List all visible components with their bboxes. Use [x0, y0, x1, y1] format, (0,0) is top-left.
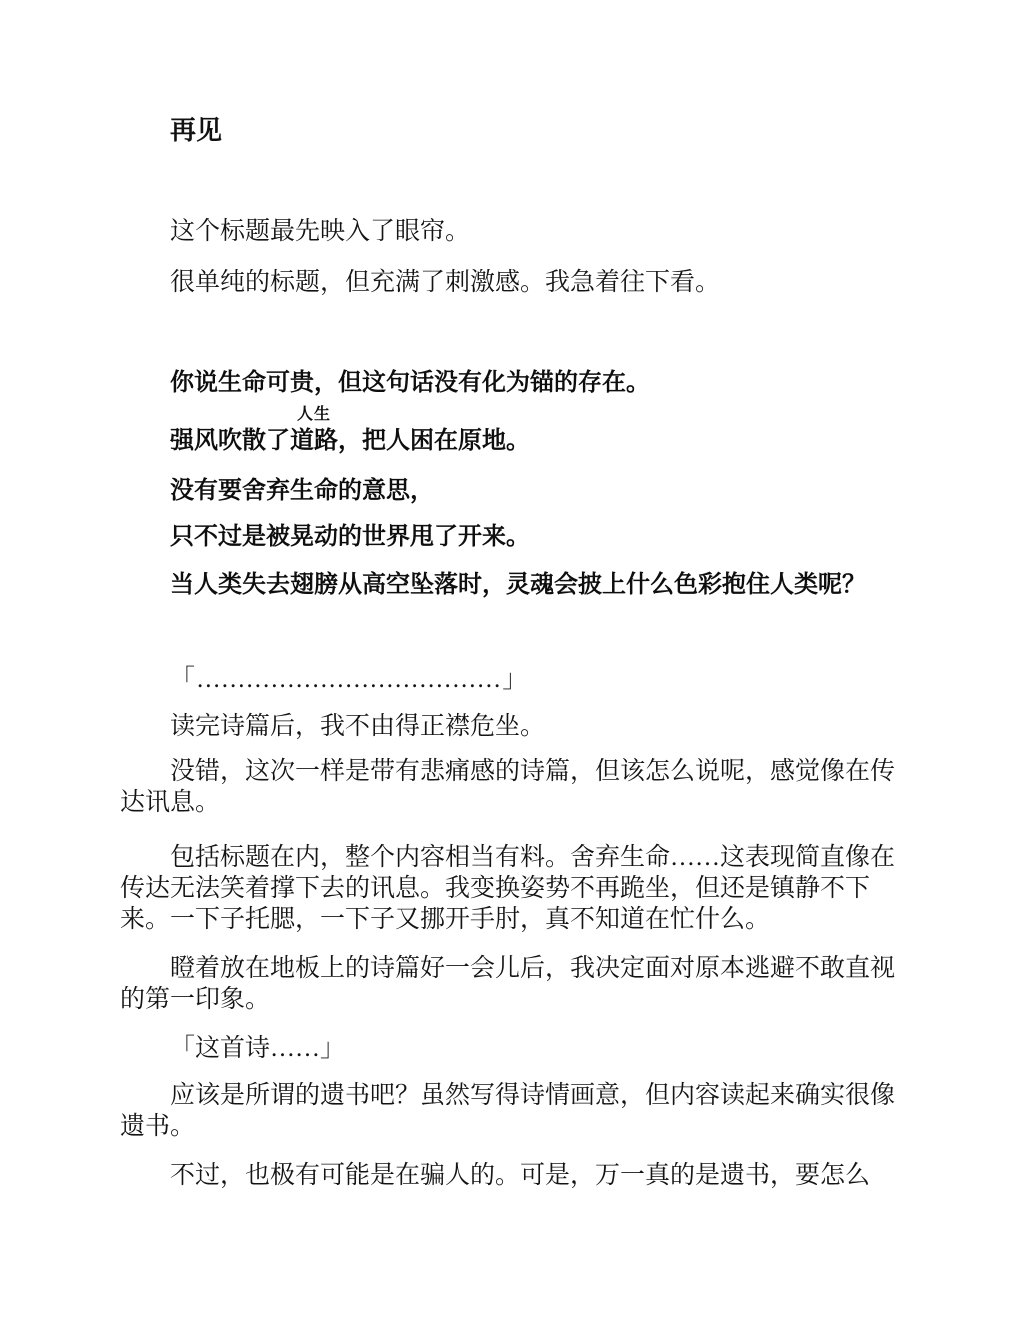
- poem-line-5: 当人类失去翅膀从高空坠落时，灵魂会披上什么色彩抱住人类呢？: [120, 566, 900, 602]
- paragraph-however: 不过，也极有可能是在骗人的。可是，万一真的是遗书，要怎么: [120, 1160, 900, 1191]
- ruby-annotation: 人生道路: [290, 422, 338, 458]
- paragraph-staring: 瞪着放在地板上的诗篇好一会儿后，我决定面对原本逃避不敢直视的第一印象。: [120, 953, 900, 1015]
- ebook-page: 再见 这个标题最先映入了眼帘。 很单纯的标题，但充满了刺激感。我急着往下看。 你…: [0, 0, 1020, 1320]
- poem-line-2-before: 强风吹散了: [170, 426, 290, 454]
- intro-paragraph-1: 这个标题最先映入了眼帘。: [120, 216, 900, 247]
- paragraph-no-mistake: 没错，这次一样是带有悲痛感的诗篇，但该怎么说呢，感觉像在传达讯息。: [120, 756, 900, 818]
- poem-line-2: 强风吹散了人生道路，把人困在原地。: [120, 422, 900, 458]
- poem-line-4: 只不过是被晃动的世界甩了开来。: [120, 518, 900, 554]
- paragraph-probably-will: 应该是所谓的遗书吧？虽然写得诗情画意，但内容读起来确实很像遗书。: [120, 1080, 900, 1142]
- poem-line-3: 没有要舍弃生命的意思，: [120, 472, 900, 508]
- chapter-title: 再见: [120, 114, 900, 148]
- poem-line-2-after: ，把人困在原地。: [338, 426, 530, 454]
- poem-dialogue-line: 「这首诗……」: [120, 1033, 900, 1064]
- intro-paragraph-2: 很单纯的标题，但充满了刺激感。我急着往下看。: [120, 267, 900, 298]
- paragraph-after-poem: 读完诗篇后，我不由得正襟危坐。: [120, 711, 900, 742]
- ruby-text: 人生: [297, 406, 331, 422]
- poem-line-1: 你说生命可贵，但这句话没有化为锚的存在。: [120, 364, 900, 400]
- silence-dialogue-line: 「.....................................」: [120, 664, 900, 695]
- page-content: 再见 这个标题最先映入了眼帘。 很单纯的标题，但充满了刺激感。我急着往下看。 你…: [0, 0, 1020, 1191]
- paragraph-including-title: 包括标题在内，整个内容相当有料。舍弃生命……这表现简直像在传达无法笑着撑下去的讯…: [120, 842, 900, 935]
- poem-block: 你说生命可贵，但这句话没有化为锚的存在。 强风吹散了人生道路，把人困在原地。 没…: [120, 364, 900, 602]
- ruby-base: 道路: [290, 426, 338, 454]
